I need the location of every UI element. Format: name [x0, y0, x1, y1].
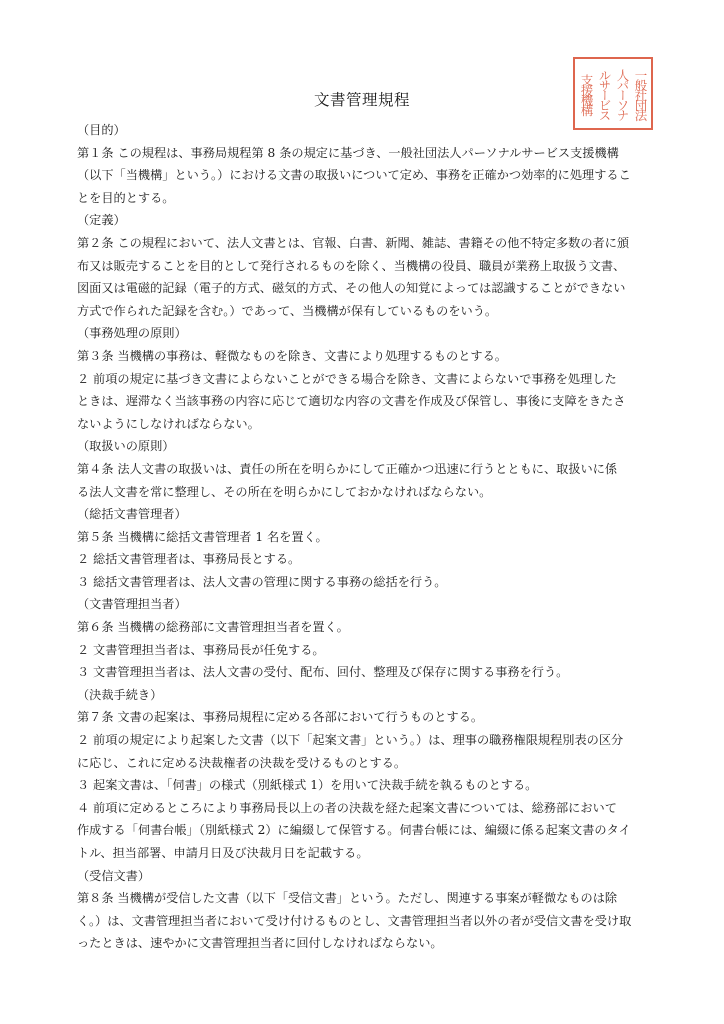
- article-1-line: とを目的とする。: [77, 187, 657, 210]
- article-6-line: 第６条 当機構の総務部に文書管理担当者を置く。: [77, 616, 657, 639]
- article-2-line: 第２条 この規程において、法人文書とは、官報、白書、新聞、雑誌、書籍その他不特定…: [77, 232, 657, 255]
- article-3-line: ときは、遅滞なく当該事務の内容に応じて適切な内容の文書を作成及び保管し、事後に支…: [77, 390, 657, 413]
- article-3-line: ないようにしなければならない。: [77, 413, 657, 436]
- article-4-line: る法人文書を常に整理し、その所在を明らかにしておかなければならない。: [77, 481, 657, 504]
- article-2-line: 布又は販売することを目的として発行されるものを除く、当機構の役員、職員が業務上取…: [77, 255, 657, 278]
- article-8-line: ったときは、速やかに文書管理担当者に回付しなければならない。: [77, 932, 657, 955]
- article-1-line: 第１条 この規程は、事務局規程第 8 条の規定に基づき、一般社団法人パーソナルサ…: [77, 142, 657, 165]
- article-5-line: 第５条 当機構に総括文書管理者 1 名を置く。: [77, 526, 657, 549]
- article-7-line: トル、担当部署、申請月日及び決裁月日を記載する。: [77, 842, 657, 865]
- article-8-line: く。）は、文書管理担当者において受け付けるものとし、文書管理担当者以外の者が受信…: [77, 910, 657, 933]
- article-7-line: 作成する「伺書台帳」（別紙様式 2）に編綴して保管する。伺書台帳には、編綴に係る…: [77, 819, 657, 842]
- article-1-line: （以下「当機構」という。）における文書の取扱いについて定め、事務を正確かつ効率的…: [77, 164, 657, 187]
- article-5-line: ２ 総括文書管理者は、事務局長とする。: [77, 548, 657, 571]
- section-heading-document-manager: （文書管理担当者）: [77, 593, 657, 616]
- seal-column-2: 人パーソナ: [613, 61, 631, 126]
- article-8-line: 第８条 当機構が受信した文書（以下「受信文書」という。ただし、関連する事案が軽微…: [77, 887, 657, 910]
- section-heading-handling-principle: （取扱いの原則）: [77, 435, 657, 458]
- section-heading-purpose: （目的）: [77, 119, 657, 142]
- seal-column-4: 支援機構: [577, 61, 595, 126]
- article-4-line: 第４条 法人文書の取扱いは、責任の所在を明らかにして正確かつ迅速に行うとともに、…: [77, 458, 657, 481]
- section-heading-approval-procedure: （決裁手続き）: [77, 684, 657, 707]
- article-7-line: 第７条 文書の起案は、事務局規程に定める各部において行うものとする。: [77, 706, 657, 729]
- article-7-line: ４ 前項に定めるところにより事務局長以上の者の決裁を経た起案文書については、総務…: [77, 797, 657, 820]
- article-2-line: 図面又は電磁的記録（電子的方式、磁気的方式、その他人の知覚によっては認識すること…: [77, 277, 657, 300]
- section-heading-definition: （定義）: [77, 209, 657, 232]
- document-body: （目的） 第１条 この規程は、事務局規程第 8 条の規定に基づき、一般社団法人パ…: [77, 119, 657, 955]
- article-6-line: ３ 文書管理担当者は、法人文書の受付、配布、回付、整理及び保存に関する事務を行う…: [77, 661, 657, 684]
- article-7-line: ２ 前項の規定により起案した文書（以下「起案文書」という。）は、理事の職務権限規…: [77, 729, 657, 752]
- seal-column-1: 一般社団法: [631, 61, 649, 126]
- document-page: 文書管理規程 一般社団法 人パーソナ ルサービス 支援機構 （目的） 第１条 こ…: [0, 0, 724, 1024]
- article-3-line: 第３条 当機構の事務は、軽微なものを除き、文書により処理するものとする。: [77, 345, 657, 368]
- article-2-line: 方式で作られた記録を含む。）であって、当機構が保有しているものをいう。: [77, 300, 657, 323]
- article-6-line: ２ 文書管理担当者は、事務局長が任免する。: [77, 639, 657, 662]
- seal-column-3: ルサービス: [595, 61, 613, 126]
- section-heading-chief-document-manager: （総括文書管理者）: [77, 503, 657, 526]
- article-5-line: ３ 総括文書管理者は、法人文書の管理に関する事務の総括を行う。: [77, 571, 657, 594]
- article-7-line: に応じ、これに定める決裁権者の決裁を受けるものとする。: [77, 752, 657, 775]
- section-heading-business-principle: （事務処理の原則）: [77, 322, 657, 345]
- section-heading-received-documents: （受信文書）: [77, 865, 657, 888]
- article-7-line: ３ 起案文書は、「伺書」の様式（別紙様式 1）を用いて決裁手続を執るものとする。: [77, 774, 657, 797]
- article-3-line: ２ 前項の規定に基づき文書によらないことができる場合を除き、文書によらないで事務…: [77, 368, 657, 391]
